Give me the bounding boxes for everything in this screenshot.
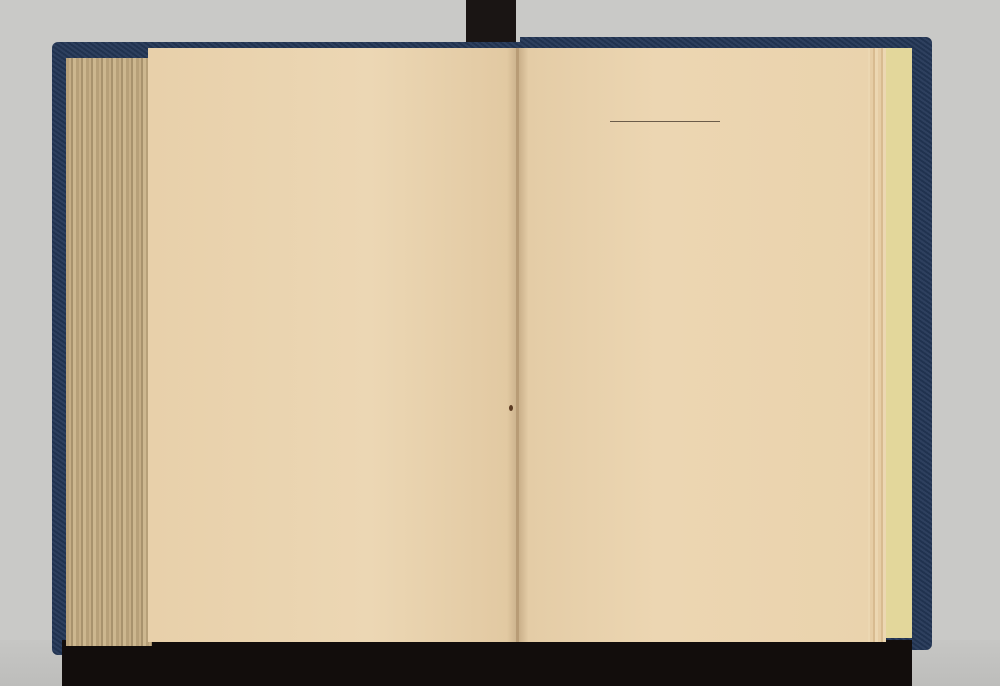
left-page xyxy=(148,48,518,642)
left-page-text xyxy=(224,103,484,114)
book-clip xyxy=(466,0,516,48)
endpaper xyxy=(882,48,912,638)
ink-spot xyxy=(509,405,513,411)
page-stack-left xyxy=(66,58,152,646)
book-shadow xyxy=(62,640,912,686)
section-divider xyxy=(610,121,720,122)
right-page-text xyxy=(534,103,796,144)
book-gutter xyxy=(516,48,519,642)
